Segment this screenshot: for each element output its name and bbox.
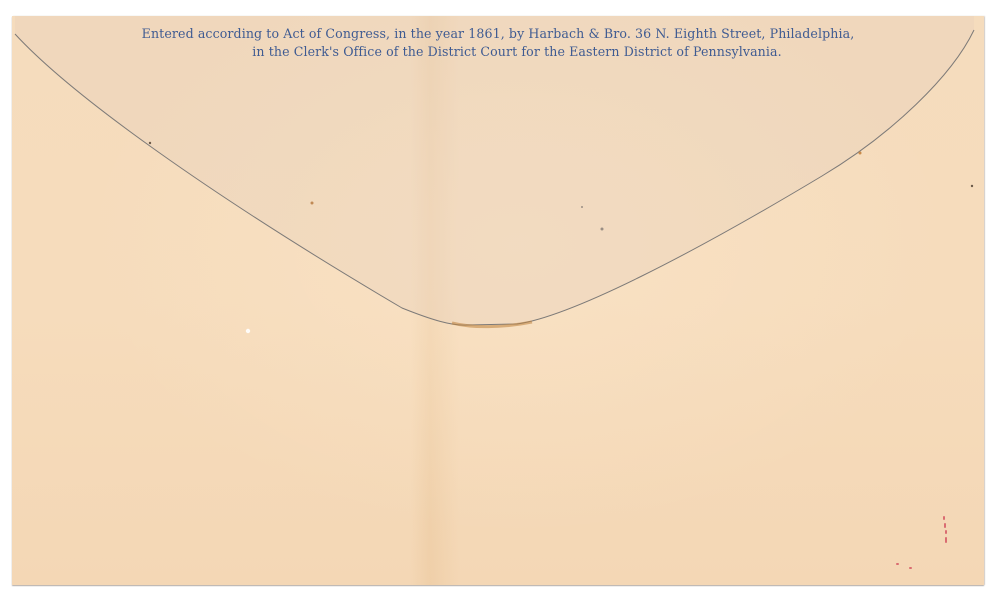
red-ink-mark	[896, 563, 899, 565]
red-ink-mark	[944, 523, 946, 528]
red-ink-mark	[943, 516, 945, 520]
red-ink-mark	[909, 567, 912, 569]
speck	[971, 185, 973, 187]
speck	[311, 202, 314, 205]
envelope-flap	[12, 16, 984, 585]
red-ink-mark	[945, 530, 947, 534]
speck	[581, 206, 583, 208]
envelope: Entered according to Act of Congress, in…	[12, 16, 984, 585]
imprint-line-2: in the Clerk's Office of the District Co…	[12, 43, 984, 61]
speck	[859, 152, 862, 155]
speck	[601, 228, 604, 231]
copyright-imprint: Entered according to Act of Congress, in…	[12, 25, 984, 61]
imprint-line-1: Entered according to Act of Congress, in…	[12, 25, 984, 43]
speck	[246, 329, 250, 333]
speck	[149, 142, 151, 144]
red-ink-mark	[945, 537, 947, 543]
